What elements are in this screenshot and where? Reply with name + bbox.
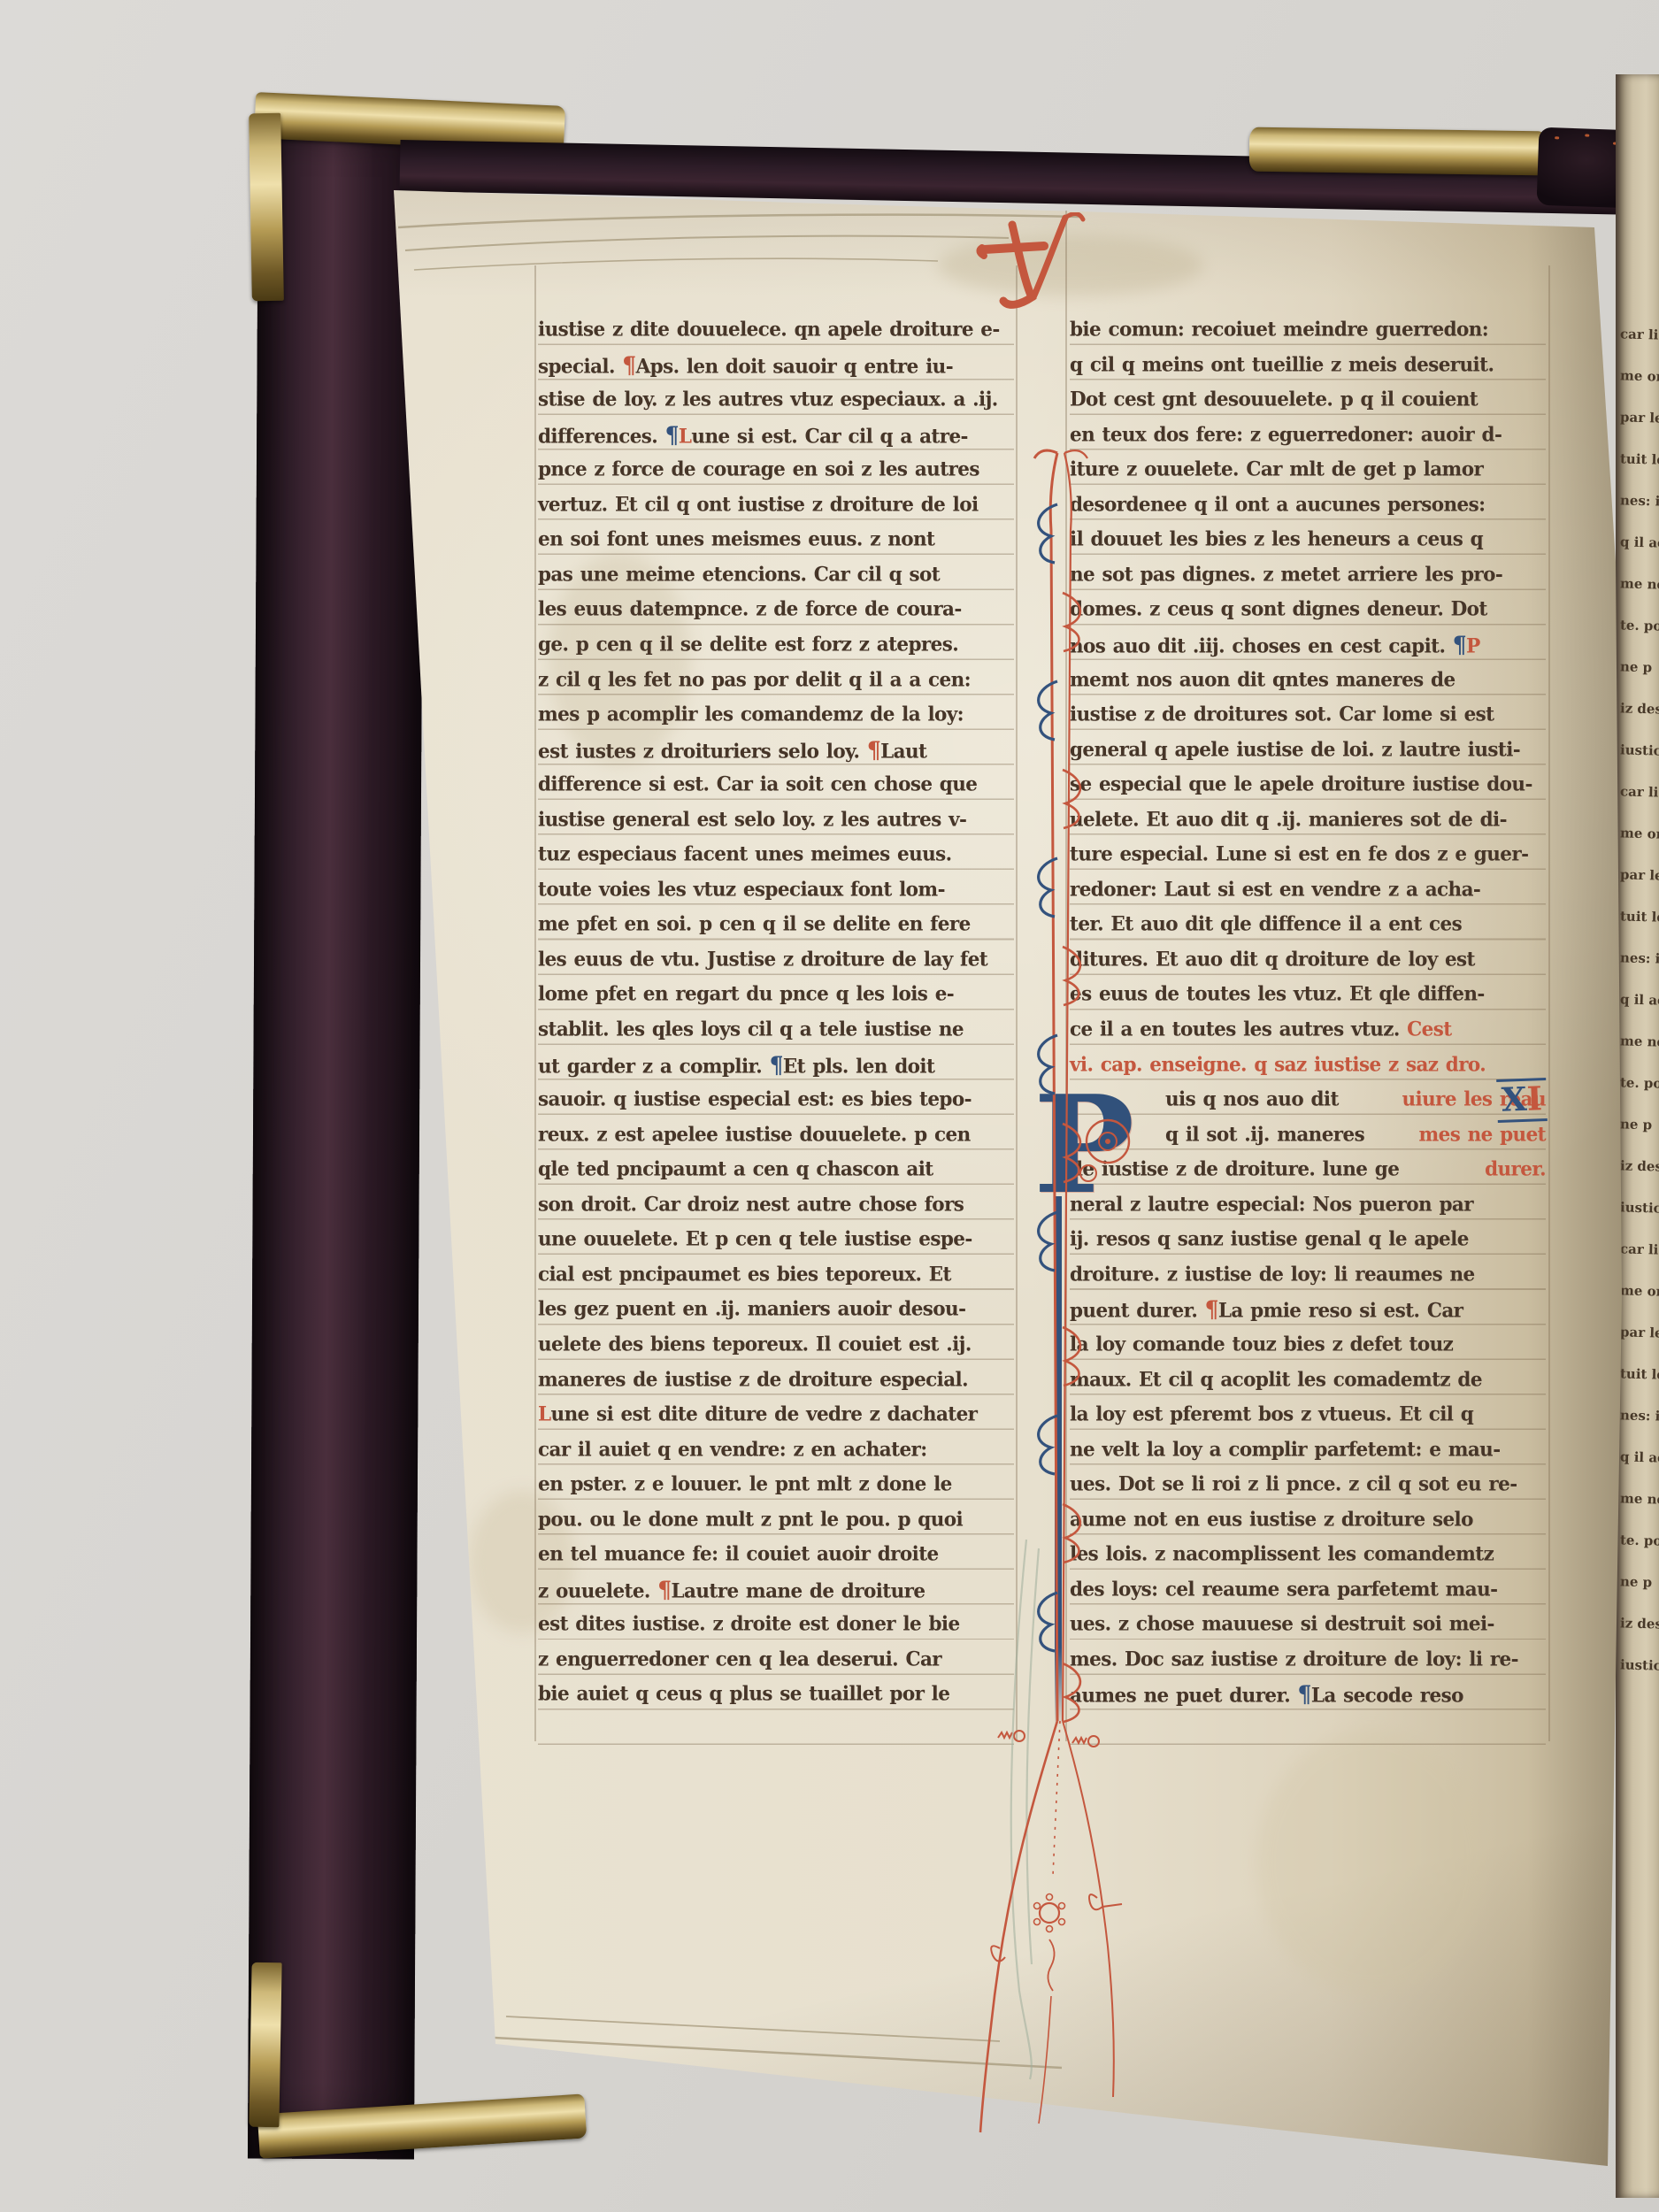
text-line: bie comun: recoiuet meindre guerredon: [1070,311,1546,349]
fore-edge-text-fragment: tuit les [1620,908,1659,925]
fore-edge-text-fragment: iustice [1620,1656,1659,1673]
text-line: iustise general est selo loy. z les autr… [538,802,1014,839]
text-line: sauoir. q iustise especial est: es bies … [538,1081,1014,1118]
text-line: son droit. Car droiz nest autre chose fo… [538,1187,1014,1224]
fore-edge-text-fragment: iustice [1620,741,1659,758]
fore-edge-text-fragment: me ne [1620,1033,1659,1049]
text-line: ture especial. Lune si est en fe dos z e… [1070,836,1546,873]
text-line: desordenee q il ont a aucunes persones: [1070,487,1546,524]
text-line: differences. ¶Lune si est. Car cil q a a… [538,417,1014,454]
text-line: ues. z chose mauuese si destruit soi mei… [1070,1606,1546,1643]
gold-clasp [1249,127,1548,176]
text-line: ne sot pas dignes. z metet arriere les p… [1070,557,1546,594]
fore-edge-text-fragment: nes: il [1620,949,1659,966]
text-line: est dites iustise. z droite est doner le… [538,1606,1014,1643]
text-line: stablit. les qles loys cil q a tele iust… [538,1011,1014,1048]
text-line: pnce z force de courage en soi z les aut… [538,451,1014,488]
text-line: en soi font unes meismes euus. z nont [538,521,1014,558]
fore-edge-text-fragment: nes: il [1620,1407,1659,1424]
text-line: pas une meime etencions. Car cil q sot [538,557,1014,594]
text-line: z enguerredoner cen q lea deserui. Car [538,1641,1014,1678]
fore-edge-text-fragment: iz des [1620,1157,1659,1174]
text-line: iustise z de droitures sot. Car lome si … [1070,696,1546,733]
text-line: les lois. z nacomplissent les comandemtz [1070,1536,1546,1573]
text-line: ce il a en toutes les autres vtuz. Cest [1070,1011,1546,1048]
fore-edge-text-strip: car li ume ordpar les lotuit lesnes: ilq… [1616,74,1659,2198]
text-line: tuz especiaus facent unes meimes euus. [538,836,1014,873]
text-line: puent durer. ¶La pmie reso si est. Car [1070,1291,1546,1328]
text-line: se especial que le apele droiture iustis… [1070,766,1546,803]
text-line: aumes ne puet durer. ¶La secode reso [1070,1676,1546,1713]
text-line: des loys: cel reaume sera parfetemt mau- [1070,1571,1546,1609]
text-line: mes. Doc saz iustise z droiture de loy: … [1070,1641,1546,1678]
fore-edge-text-fragment: par les lo [1620,866,1659,883]
text-line: cial est pncipaumet es bies teporeux. Et [538,1256,1014,1294]
fore-edge-text-fragment: ne p [1620,1116,1659,1133]
fore-edge-text-fragment: te. por [1620,1074,1659,1091]
fore-edge-text-fragment: me ord [1620,825,1659,841]
text-line: aume not en eus iustise z droiture selo [1070,1502,1546,1539]
text-line: iustise z dite douuelece. qn apele droit… [538,311,1014,349]
fore-edge-text-fragment: par les lo [1620,409,1659,426]
fore-edge-text-fragment: iz des [1620,1615,1659,1632]
fore-edge-text-fragment: tuit les [1620,1365,1659,1382]
text-line: me pfet en soi. p cen q il se delite en … [538,906,1014,943]
fore-edge-text-fragment: car li u [1620,326,1659,342]
fore-edge-text-fragment: me ord [1620,367,1659,384]
text-line: ne velt la loy a complir parfetemt: e ma… [1070,1432,1546,1469]
fore-edge-text-fragment: q il ac [1620,1448,1659,1465]
text-line: z ouuelete. ¶Lautre mane de droiture [538,1571,1014,1609]
penwork-flourish [973,212,1124,2150]
text-line: les euus datempnce. z de force de coura- [538,591,1014,628]
text-line: iture z ouuelete. Car mlt de get p lamor [1070,451,1546,488]
ruling-line [1548,265,1550,1741]
text-line: redoner: Laut si est en vendre z a acha- [1070,872,1546,909]
fore-edge-text-fragment: me ne [1620,575,1659,592]
text-line: stise de loy. z les autres vtuz especiau… [538,381,1014,419]
fore-edge-text-fragment: te. por [1620,1532,1659,1548]
fore-edge-text-fragment: iz des [1620,700,1659,717]
photo-background: car li ume ordpar les lotuit lesnes: ilq… [0,0,1659,2212]
text-line: uelete. Et auo dit q .ij. manieres sot d… [1070,802,1546,839]
text-line: toute voies les vtuz especiaux font lom- [538,872,1014,909]
text-line: en tel muance fe: il couiet auoir droite [538,1536,1014,1573]
text-line: les gez puent en .ij. maniers auoir deso… [538,1291,1014,1328]
gold-corner-top-left-edge [249,113,284,302]
text-line: mes p acomplir les comandemz de la loy: [538,696,1014,733]
quire-signature-mark [979,213,1083,304]
text-column-right: bie comun: recoiuet meindre guerredon:q … [1070,311,1546,1770]
text-line: special. ¶Aps. len doit sauoir q entre i… [538,347,1014,384]
fore-edge-text-fragment: ne p [1620,658,1659,675]
numeral-i: I [1526,1079,1543,1118]
text-line: ij. resos q sanz iustise genal q le apel… [1070,1221,1546,1258]
fore-edge-text-fragment: me ord [1620,1282,1659,1299]
fore-edge-text-fragment: ne p [1620,1573,1659,1590]
text-line: es euus de toutes les vtuz. Et qle diffe… [1070,976,1546,1013]
text-line: domes. z ceus q sont dignes deneur. Dot [1070,591,1546,628]
text-line: ge. p cen q il se delite est forz z atep… [538,626,1014,664]
text-line: vi. cap. enseigne. q saz iustise z saz d… [1070,1047,1546,1084]
text-line: ditures. Et auo dit q droiture de loy es… [1070,941,1546,979]
text-line: car il auiet q en vendre: z en achater: [538,1432,1014,1469]
text-line: uelete des biens teporeux. Il couiet est… [538,1326,1014,1363]
text-line: z cil q les fet no pas por delit q il a … [538,662,1014,699]
fore-edge-text-fragment: car li u [1620,1240,1659,1257]
text-line: est iustes z droituriers selo loy. ¶Laut [538,732,1014,769]
text-line: qle ted pncipaumt a cen q chascon ait [538,1151,1014,1188]
velvet-cover-left [248,108,425,2160]
ruling-line [534,265,536,1741]
fore-edge-text-fragment: q il ac [1620,534,1659,550]
text-line: maneres de iustise z de droiture especia… [538,1362,1014,1399]
chapter-numeral: XI [1496,1078,1548,1123]
text-line: en teux dos fere: z eguerredoner: auoir … [1070,417,1546,454]
text-line: q cil q meins ont tueillie z meis deseru… [1070,347,1546,384]
text-line: ter. Et auo dit qle diffence il a ent ce… [1070,906,1546,943]
numeral-x: X [1501,1079,1527,1119]
text-line: general q apele iustise de loi. z lautre… [1070,732,1546,769]
text-line: ut garder z a complir. ¶Et pls. len doit [538,1047,1014,1084]
fore-edge-text-fragment: tuit les [1620,450,1659,467]
fore-edge-text-fragment: car li u [1620,783,1659,800]
text-line: vertuz. Et cil q ont iustise z droiture … [538,487,1014,524]
text-line: nos auo dit .iij. choses en cest capit. … [1070,626,1546,664]
fore-edge-text-fragment: te. por [1620,617,1659,634]
text-line: reux. z est apelee iustise douuelete. p … [538,1117,1014,1154]
text-line: difference si est. Car ia soit cen chose… [538,766,1014,803]
fore-edge-text-fragment: iustice [1620,1199,1659,1216]
fore-edge-text-fragment: par les lo [1620,1324,1659,1340]
fore-edge-text-fragment: me ne [1620,1490,1659,1507]
text-line: Dot cest gnt desouuelete. p q il couient [1070,381,1546,419]
text-line: memt nos auon dit qntes maneres de [1070,662,1546,699]
text-line: en pster. z e louuer. le pnt mlt z done … [538,1466,1014,1503]
text-line: les euus de vtu. Justise z droiture de l… [538,941,1014,979]
text-column-left: iustise z dite douuelece. qn apele droit… [538,311,1014,1770]
text-line: ues. Dot se li roi z li pnce. z cil q so… [1070,1466,1546,1503]
gold-corner-bottom-left-edge [249,1962,281,2128]
text-line: la loy est pferemt bos z vtueus. Et cil … [1070,1396,1546,1433]
text-line: il douuet les bies z les heneurs a ceus … [1070,521,1546,558]
text-line: lome pfet en regart du pnce q les lois e… [538,976,1014,1013]
text-line: Lune si est dite diture de vedre z dacha… [538,1396,1014,1433]
text-line: pou. ou le done mult z pnt le pou. p quo… [538,1502,1014,1539]
fore-edge-text-fragment: nes: il [1620,492,1659,509]
text-line: la loy comande touz bies z defet touz [1070,1326,1546,1363]
text-line: droiture. z iustise de loy: li reaumes n… [1070,1256,1546,1294]
text-line: une ouuelete. Et p cen q tele iustise es… [538,1221,1014,1258]
text-line: maux. Et cil q acoplit les comademtz de [1070,1362,1546,1399]
text-line: bie auiet q ceus q plus se tuaillet por … [538,1676,1014,1713]
fore-edge-text-fragment: q il ac [1620,991,1659,1008]
